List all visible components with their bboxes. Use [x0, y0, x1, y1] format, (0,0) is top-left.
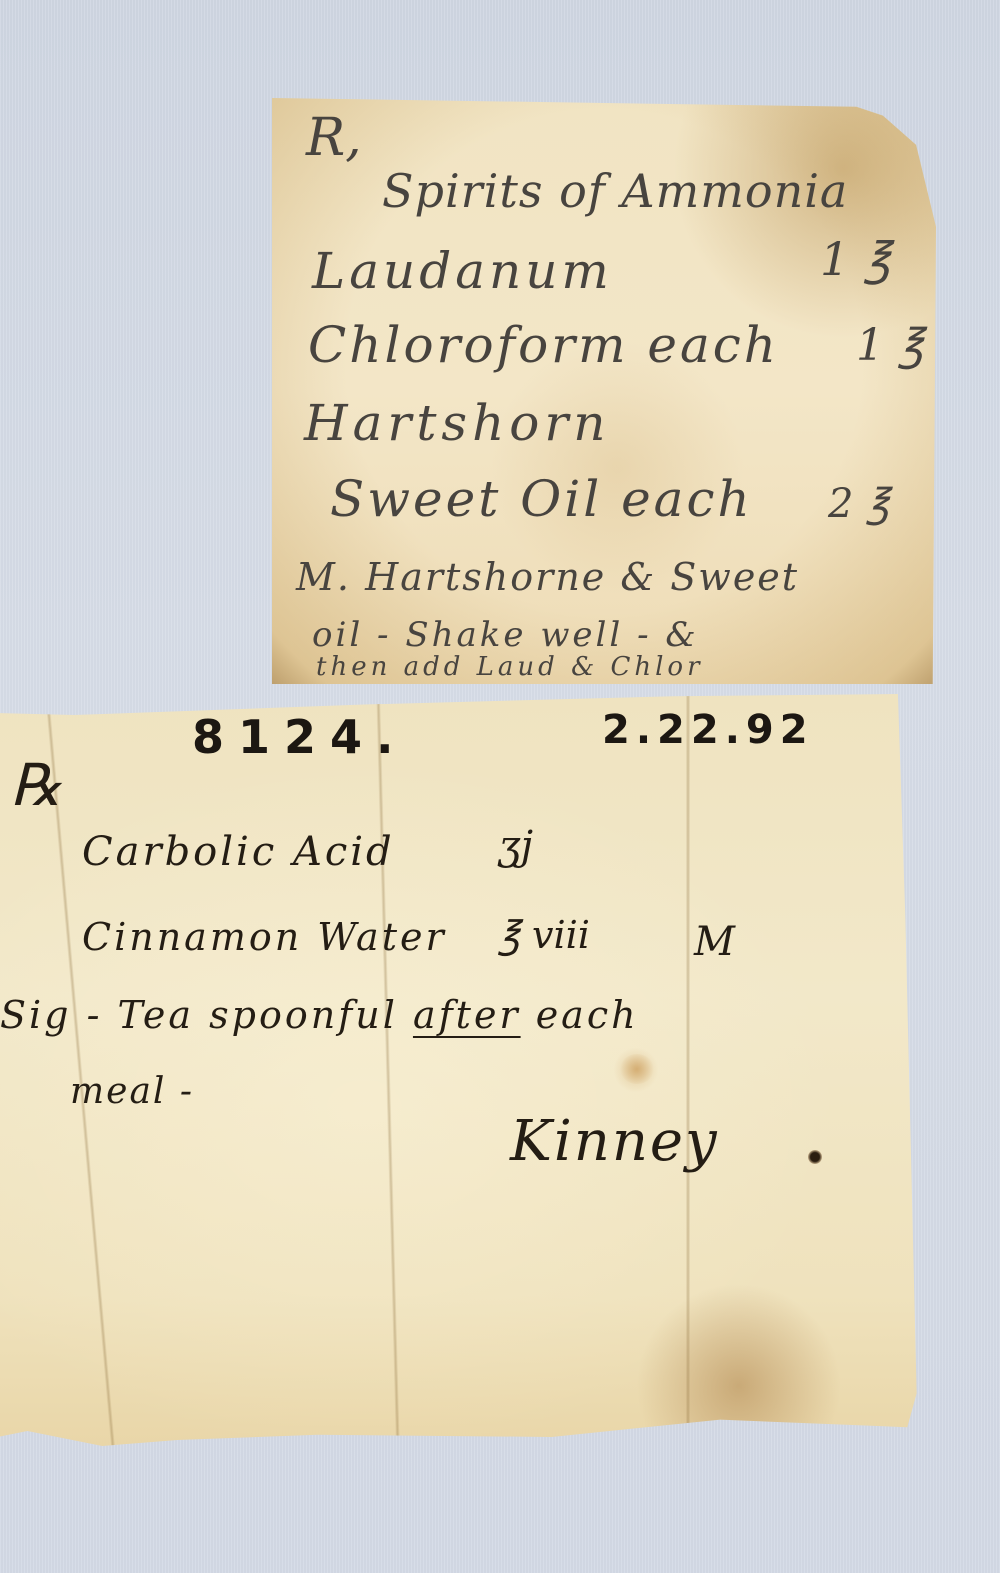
ingredient-line: Cinnamon Water: [82, 918, 447, 956]
prescription-date: 2.22.92: [602, 710, 814, 750]
rx-symbol: R,: [306, 112, 362, 164]
ingredient-line: Spirits of Ammonia: [382, 168, 848, 214]
ingredient-line: Sweet Oil each: [330, 474, 753, 524]
physician-signature: Kinney: [510, 1114, 719, 1170]
ingredient-dose: 1 ℥: [820, 236, 890, 282]
ingredient-dose: ʒj: [498, 826, 533, 866]
prescription-number: 8124.: [192, 714, 408, 760]
ingredient-line: Laudanum: [312, 246, 613, 296]
directions-line: then add Laud & Chlor: [316, 654, 704, 680]
sig-emphasis: after: [413, 993, 521, 1037]
sig-suffix: each: [521, 993, 639, 1037]
ingredient-line: Hartshorn: [304, 398, 610, 448]
sig-line: Sig - Tea spoonful after each: [0, 996, 639, 1034]
sig-line-2: meal -: [70, 1074, 194, 1110]
ingredient-line: Carbolic Acid: [82, 832, 395, 872]
misce-mark: M: [694, 922, 735, 962]
ingredient-line: Chloroform each: [308, 320, 779, 370]
paper-fold-crease: [686, 694, 690, 1446]
bottom-prescription-paper: 8124. 2.22.92 ℞ Carbolic Acid ʒj Cinnamo…: [0, 694, 926, 1446]
top-prescription-card: R, Spirits of Ammonia Laudanum 1 ℥ Chlor…: [272, 98, 936, 684]
ink-blot: [808, 1150, 822, 1164]
ingredient-dose: 1 ℥: [856, 324, 923, 368]
ingredient-dose: ℥ viii: [498, 916, 590, 954]
rx-symbol: ℞: [10, 756, 62, 814]
paper-fold-crease: [376, 694, 400, 1446]
paper-stain: [620, 1054, 654, 1084]
directions-line: M. Hartshorne & Sweet: [296, 558, 799, 596]
sig-prefix: Sig - Tea spoonful: [0, 993, 413, 1037]
directions-line: oil - Shake well - &: [312, 618, 699, 652]
ingredient-dose: 2 ℥: [828, 484, 889, 524]
